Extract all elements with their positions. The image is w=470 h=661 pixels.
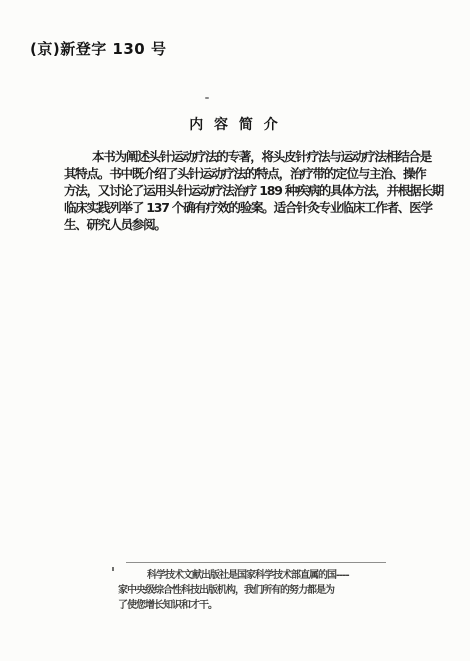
publisher-note: 科学技术文献出版社是国家科学技术部直属的国---- 家中央级综合性科技出版机构，… [118, 568, 368, 613]
section-title: 内 容 简 介 [0, 114, 470, 134]
registration-number: (京)新登字 130 号 [30, 38, 166, 59]
intro-paragraph: 本书为阐述头针运动疗法的专著，将头皮针疗法与运动疗法相结合是 其特点。书中既介绍… [64, 148, 416, 233]
divider-rule [126, 562, 386, 563]
intro-line: 临床实践列举了 137 个确有疗效的验案。适合针灸专业临床工作者、医学 [64, 199, 416, 216]
publisher-note-line: 家中央级综合性科技出版机构，我们所有的努力都是为 [118, 583, 368, 598]
scan-speck [112, 567, 114, 571]
intro-line: 方法，又讨论了运用头针运动疗法治疗 189 种疾病的具体方法，并根据长期 [64, 182, 416, 199]
intro-line: 本书为阐述头针运动疗法的专著，将头皮针疗法与运动疗法相结合是 [64, 148, 416, 165]
intro-line: 生、研究人员参阅。 [64, 216, 416, 233]
scan-speck [205, 97, 209, 99]
book-page: (京)新登字 130 号 内 容 简 介 本书为阐述头针运动疗法的专著，将头皮针… [0, 0, 470, 661]
publisher-note-line: 科学技术文献出版社是国家科学技术部直属的国---- [118, 568, 368, 583]
intro-line: 其特点。书中既介绍了头针运动疗法的特点，治疗带的定位与主治、操作 [64, 165, 416, 182]
publisher-note-line: 了使您增长知识和才干。 [118, 598, 368, 613]
